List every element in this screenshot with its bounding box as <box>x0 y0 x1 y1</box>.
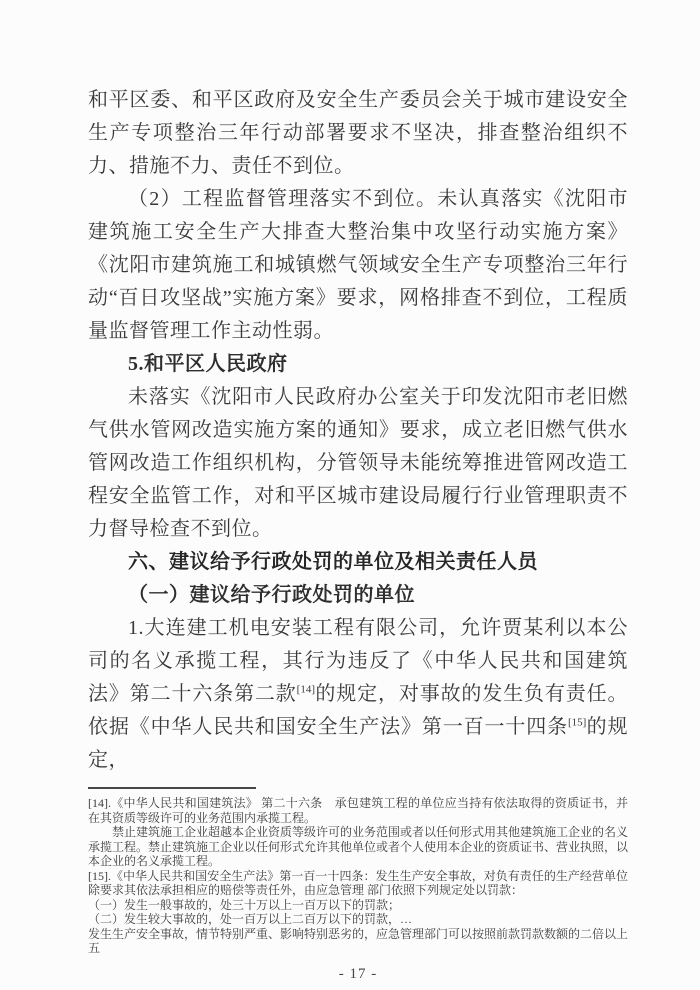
footnote-15-line-4: 发生生产安全事故，情节特别严重、影响特别恶劣的，应急管理部门可以按照前款罚款数额… <box>88 927 628 956</box>
footnotes-section: [14].《中华人民共和国建筑法》 第二十六条 承包建筑工程的单位应当持有依法取… <box>88 787 628 956</box>
footnote-ref-15: [15] <box>568 716 586 728</box>
footnote-14-line-2: 禁止建筑施工企业超越本企业资质等级许可的业务范围或者以任何形式用其他建筑施工企业… <box>88 825 628 869</box>
paragraph-dalian-company: 1.大连建工机电安装工程有限公司，允许贾某利以本公司的名义承揽工程，其行为违反了… <box>88 612 628 777</box>
footnote-15-item-2: （二）发生较大事故的，处一百万以上二百万以下的罚款，… <box>88 912 628 927</box>
footnote-14-line-1: [14].《中华人民共和国建筑法》 第二十六条 承包建筑工程的单位应当持有依法取… <box>88 796 628 825</box>
heading-subsection-one: （一）建议给予行政处罚的单位 <box>88 579 628 612</box>
paragraph-supervision: （2）工程监督管理落实不到位。未认真落实《沈阳市建筑施工安全生产大排查大整治集中… <box>88 183 628 348</box>
paragraph-continuation: 和平区委、和平区政府及安全生产委员会关于城市建设安全生产专项整治三年行动部署要求… <box>88 84 628 183</box>
main-text: 和平区委、和平区政府及安全生产委员会关于城市建设安全生产专项整治三年行动部署要求… <box>88 84 628 777</box>
footnote-15-line-1: [15].《中华人民共和国安全生产法》第一百一十四条：发生生产安全事故，对负有责… <box>88 869 628 898</box>
footnote-separator <box>88 787 256 789</box>
footnote-15-item-1: （一）发生一般事故的，处三十万以上一百万以下的罚款； <box>88 898 628 913</box>
footnote-ref-14: [14] <box>297 683 315 695</box>
heading-section-six: 六、建议给予行政处罚的单位及相关责任人员 <box>88 546 628 579</box>
document-page: 和平区委、和平区政府及安全生产委员会关于城市建设安全生产专项整治三年行动部署要求… <box>0 0 700 990</box>
heading-heping-government: 5.和平区人民政府 <box>88 348 628 381</box>
paragraph-heping-government: 未落实《沈阳市人民政府办公室关于印发沈阳市老旧燃气供水管网改造实施方案的通知》要… <box>88 381 628 546</box>
page-number: - 17 - <box>88 965 628 983</box>
